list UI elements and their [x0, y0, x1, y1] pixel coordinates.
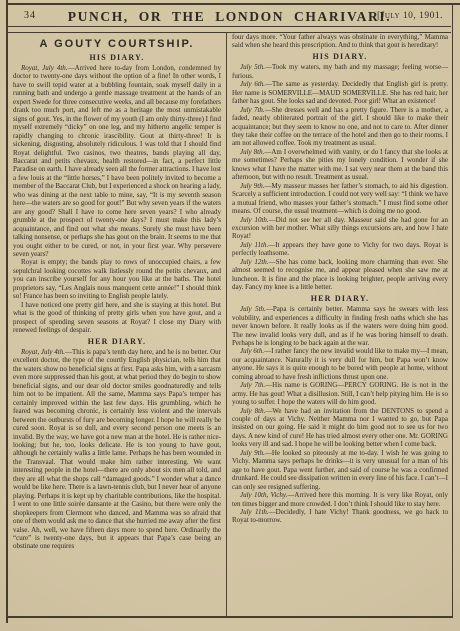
diary-paragraph: Royat is empty; the bands play to rows o…: [13, 258, 221, 300]
diary-paragraph: July 9th.—My masseur masses her father’s…: [232, 182, 448, 216]
article-title: A GOUTY COURTSHIP.: [13, 38, 221, 50]
diary-section-heading: HER DIARY.: [232, 294, 448, 303]
diary-entry-date: July 7th.: [240, 106, 265, 114]
diary-section-heading: HIS DIARY.: [13, 53, 221, 62]
left-column: A GOUTY COURTSHIP. HIS DIARY.Royat, July…: [13, 33, 221, 616]
diary-entry-date: Royat, July 4th.: [21, 64, 68, 72]
diary-paragraph: July 7th.—His name is GORING—PERCY GORIN…: [232, 381, 448, 406]
scanned-page: 34 PUNCH, OR THE LONDON CHARIVARI. [July…: [0, 0, 460, 631]
issue-date: [July 10, 1901.: [377, 11, 443, 21]
diary-entry-date: July 6th.: [240, 347, 264, 355]
diary-paragraph: July 5th.—Took my waters, my bath and my…: [232, 63, 448, 80]
diary-entry-date: July 9th.: [240, 182, 264, 190]
diary-paragraph: July 8th.—Am I overwhelmed with vanity, …: [232, 148, 448, 182]
diary-paragraph: July 11th.—It appears they have gone to …: [232, 241, 448, 258]
diary-entry-date: July 8th.: [240, 407, 265, 415]
column-divider-rule: [226, 33, 227, 616]
diary-paragraph: four days more. “Your father always was …: [232, 33, 448, 50]
diary-entry-date: Royat, July 4th.: [21, 348, 65, 356]
diary-entry-date: July 11th.: [240, 508, 269, 516]
diary-paragraph: Royat, July 4th.—This is papa’s tenth da…: [13, 348, 221, 551]
header-double-rule: [8, 26, 451, 33]
diary-paragraph: July 8th.—We have had an invitation from…: [232, 407, 448, 449]
right-column: four days more. “Your father always was …: [232, 33, 448, 616]
diary-paragraph: July 10th.—Did not see her all day. Mass…: [232, 216, 448, 241]
top-border-rule: [6, 3, 460, 5]
diary-entry-date: July 10th.: [240, 216, 269, 224]
article-body: A GOUTY COURTSHIP. HIS DIARY.Royat, July…: [13, 33, 448, 616]
diary-paragraph: July 6th.—I rather fancy the new invalid…: [232, 347, 448, 381]
diary-section-heading: HER DIARY.: [13, 337, 221, 346]
diary-entry-date: July 12th.: [240, 258, 269, 266]
bottom-border-rule: [6, 616, 453, 618]
diary-paragraph: July 7th.—She dresses well and has a pre…: [232, 106, 448, 148]
left-border-rule: [6, 0, 8, 623]
diary-paragraph: July 6th.—The same as yesterday. Decided…: [232, 80, 448, 105]
diary-entry-date: July 5th.: [240, 305, 266, 313]
page-header: 34 PUNCH, OR THE LONDON CHARIVARI. [July…: [8, 4, 451, 26]
diary-paragraph: July 11th.—Decidedly, I hate Vichy! Than…: [232, 508, 448, 525]
diary-entry-date: July 11th.: [240, 241, 268, 249]
diary-paragraph: July 9th.—He looked so piteously at me t…: [232, 449, 448, 491]
diary-entry-date: July 5th.: [240, 63, 265, 71]
diary-paragraph: Royat, July 4th.—Arrived here to-day fro…: [13, 64, 221, 258]
diary-entry-date: July 6th.: [240, 80, 265, 88]
diary-section-heading: HIS DIARY.: [232, 52, 448, 61]
diary-paragraph: July 12th.—She has come back, looking mo…: [232, 258, 448, 292]
diary-paragraph: July 10th, Vichy.—Arrived here this morn…: [232, 491, 448, 508]
diary-paragraph: July 5th.—Papa is certainly better. Mamm…: [232, 305, 448, 347]
diary-entry-date: July 10th, Vichy.: [240, 491, 287, 499]
diary-entry-date: July 8th.: [240, 148, 264, 156]
right-border-rule: [452, 3, 454, 618]
diary-paragraph: I have noticed one pretty girl here, and…: [13, 301, 221, 335]
diary-entry-date: July 9th.: [240, 449, 265, 457]
diary-entry-date: July 7th.: [240, 381, 265, 389]
